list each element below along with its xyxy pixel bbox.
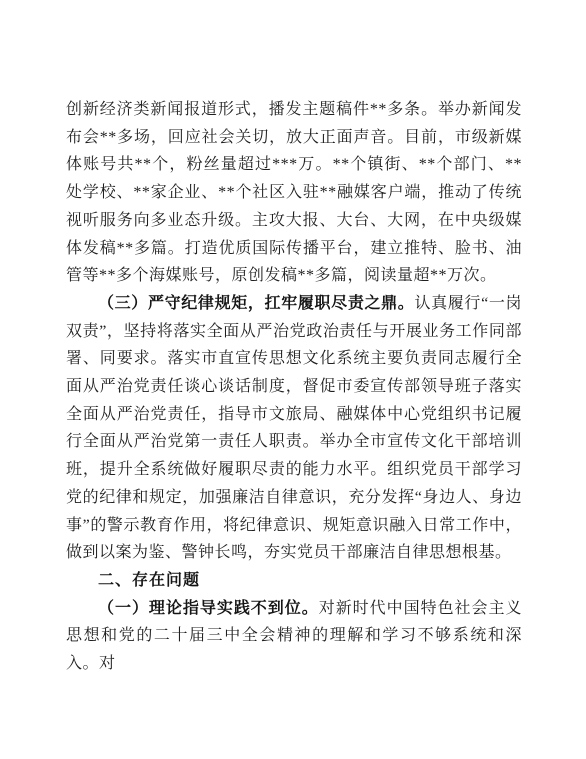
paragraph-media-summary: 创新经济类新闻报道形式，播发主题稿件**多条。举办新闻发布会**多场，回应社会关… [66, 96, 522, 290]
paragraph-text: 创新经济类新闻报道形式，播发主题稿件**多条。举办新闻发布会**多场，回应社会关… [66, 101, 522, 284]
paragraph-section-3: （三）严守纪律规矩，扛牢履职尽责之鼎。认真履行“一岗双责”，坚持将落实全面从严治… [66, 290, 522, 567]
document-page: 创新经济类新闻报道形式，播发主题稿件**多条。举办新闻发布会**多场，回应社会关… [0, 0, 586, 759]
heading-existing-problems: 二、存在问题 [66, 567, 522, 595]
heading-text: 二、存在问题 [98, 572, 200, 589]
section-3-inline-heading: （三）严守纪律规矩，扛牢履职尽责之鼎。 [98, 295, 414, 312]
paragraph-problem-1: （一）理论指导实践不到位。对新时代中国特色社会主义思想和党的二十届三中全会精神的… [66, 595, 522, 678]
problem-1-inline-heading: （一）理论指导实践不到位。 [98, 600, 319, 617]
paragraph-text: 认真履行“一岗双责”，坚持将落实全面从严治党政治责任与开展业务工作同部署、同要求… [66, 295, 522, 561]
